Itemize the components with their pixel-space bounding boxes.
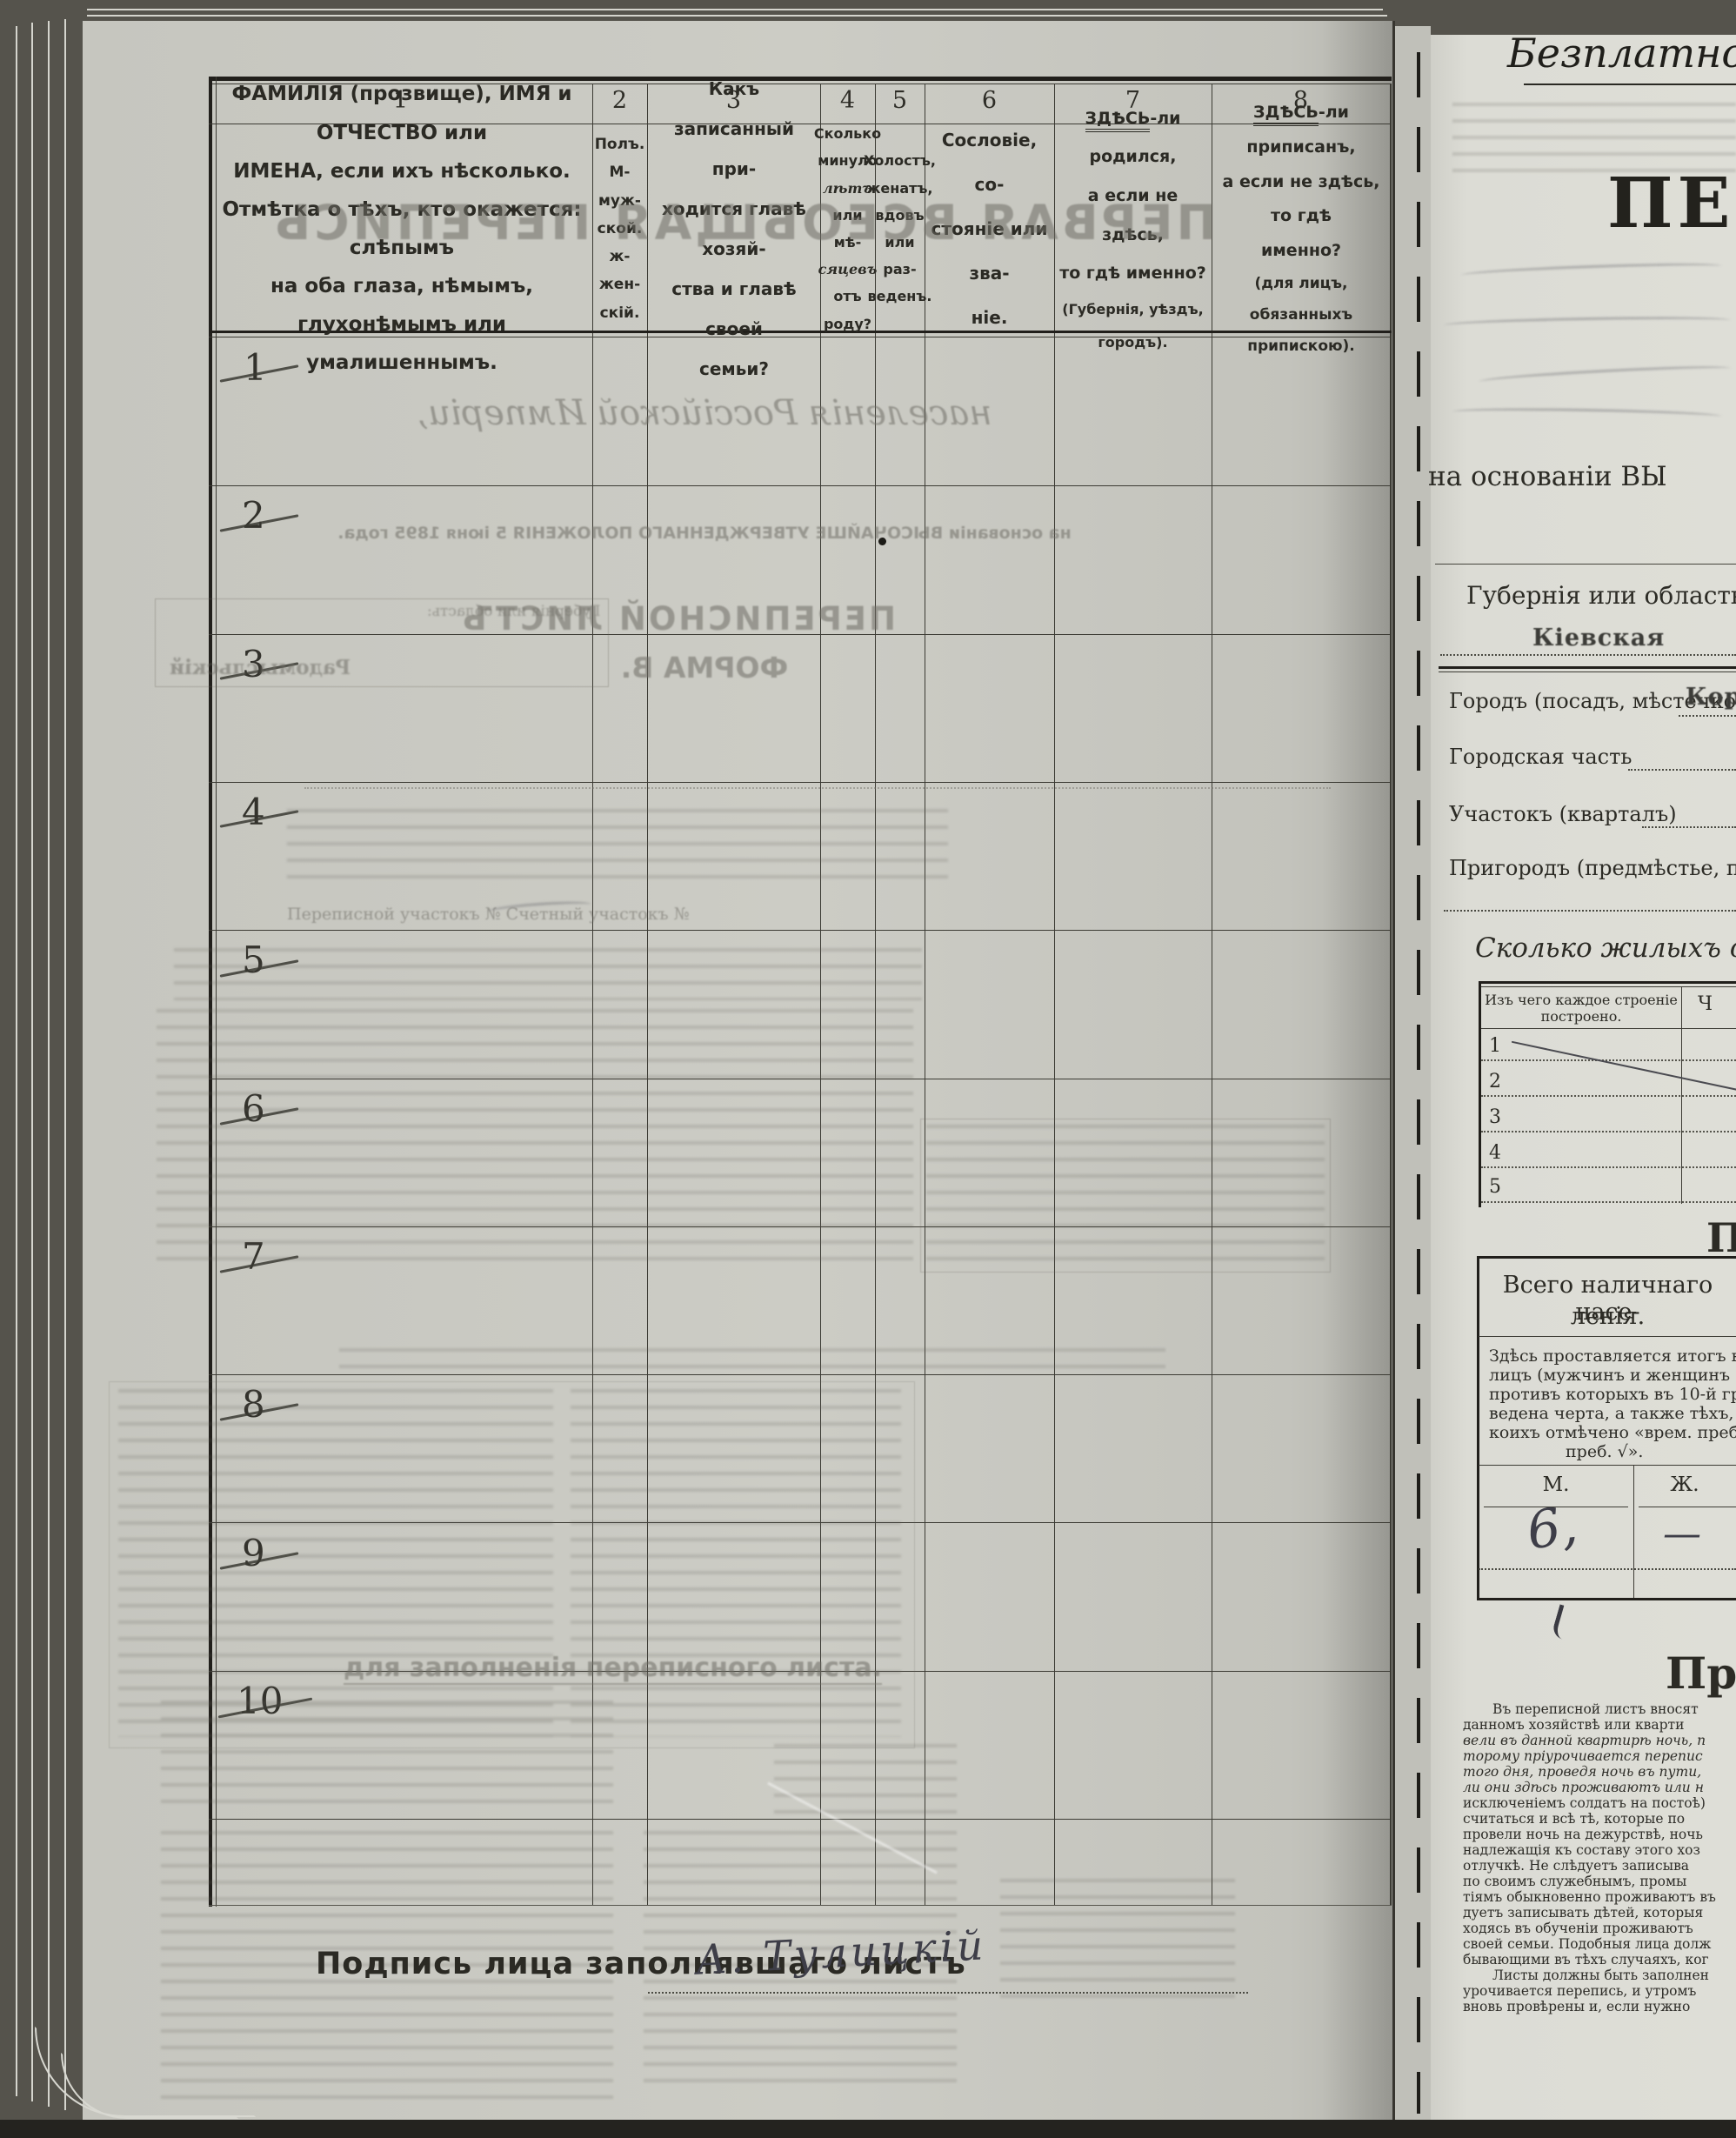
male-count-handwritten: 6, xyxy=(1523,1494,1580,1561)
col-line xyxy=(1054,84,1055,1905)
rules-line: надлежащія къ составу этого хоз xyxy=(1463,1842,1700,1858)
bleed-province-label: Губернія или область: xyxy=(427,603,601,620)
bleed-text-noise xyxy=(1000,1879,1235,2009)
pop-bottom xyxy=(1477,1598,1736,1600)
bleed-province-box: Губернія или область: Радомысльскій xyxy=(155,598,609,687)
bleed-uchastok-line: Переписной участокъ № Счетный участокъ № xyxy=(287,905,1070,924)
pop-note-line: ведена черта, а также тѣхъ, про xyxy=(1489,1404,1736,1423)
rules-line: торому пріурочивается перепис xyxy=(1463,1748,1703,1764)
page-edge-line xyxy=(16,26,17,2096)
gutter-fold xyxy=(1394,26,1431,2120)
stitch-line xyxy=(1417,52,1420,2114)
buildings-heading-fragment: Сколько жилыхъ строен xyxy=(1475,932,1736,964)
bleed-dotted-line xyxy=(304,787,1331,789)
female-column-label: Ж. xyxy=(1633,1473,1736,1496)
bt-col1-header: Изъ чего каждое строеніе построено. xyxy=(1484,992,1679,1025)
free-of-charge-label: Безплатно xyxy=(1507,30,1736,77)
rules-line: отлучкѣ. Не слѣдуетъ записыва xyxy=(1463,1858,1689,1874)
rules-line: Листы должны быть заполнен xyxy=(1492,1968,1709,1983)
census-scan: 1 2 3 4 5 6 7 8 ФАМИЛІЯ (прозвище), ИМЯ … xyxy=(0,0,1736,2138)
bleed-rules-heading: для заполненія переписного листа. xyxy=(344,1653,882,1685)
row-line xyxy=(209,1374,1392,1375)
rules-line: тіямъ обыкновенно проживаютъ въ xyxy=(1463,1889,1716,1905)
rules-line: вновь провѣрены и, если нужно xyxy=(1463,1999,1690,2014)
double-rule-top xyxy=(1439,666,1736,669)
row-line xyxy=(209,930,1392,931)
rules-line: бывающими въ тѣхъ случаяхъ, ког xyxy=(1463,1952,1709,1968)
suburb-label: Пригородъ (предмѣстье, пригор xyxy=(1449,856,1736,880)
bleed-text-noise xyxy=(174,948,922,1000)
bt-row-num: 4 xyxy=(1489,1142,1501,1164)
bt-top2 xyxy=(1479,986,1736,987)
section-rule xyxy=(1435,564,1736,565)
rules-line: ходясь въ обученіи проживаютъ xyxy=(1463,1921,1693,1936)
section-p-fragment: П xyxy=(1706,1214,1736,1261)
page-edge-line xyxy=(48,21,50,2107)
page-edge-line xyxy=(87,9,1383,10)
bleed-small-table xyxy=(920,1119,1331,1273)
bt-row-line xyxy=(1481,1201,1736,1203)
city-value-stamp: Кор xyxy=(1686,684,1736,711)
province-value-stamp: Кіевская xyxy=(1532,625,1665,651)
province-label: Губернія или область xyxy=(1466,581,1736,610)
row-line xyxy=(209,485,1392,486)
col-number-2: 2 xyxy=(592,87,647,114)
pop-note-line: лицъ (мужчинъ и женщинъ отдѣл xyxy=(1489,1366,1736,1385)
pop-note-line: противъ которыхъ въ 10-й графѣ xyxy=(1489,1385,1736,1404)
rules-line: Въ переписной листъ вносят xyxy=(1492,1701,1699,1717)
rules-line: дуетъ записывать дѣтей, которыя xyxy=(1463,1905,1703,1921)
row-number: 1 xyxy=(244,346,267,389)
bleed-census-title: ПЕРВАЯ ВСЕОБЩАЯ ПЕРЕПИСЬ xyxy=(217,195,1270,251)
city-leader xyxy=(1679,715,1736,717)
rules-line: того дня, проведя ночь въ пути, xyxy=(1463,1764,1701,1780)
bleed-text-noise xyxy=(774,1744,957,1822)
bleed-census-basis: на основаніи ВЫСОЧАЙШЕ УТВЕРЖДЕННАГО ПОЛ… xyxy=(261,524,1148,543)
rules-line: по своимъ служебнымъ, промы xyxy=(1463,1874,1686,1889)
city-part-label: Городская часть xyxy=(1449,745,1632,769)
bt-row-num: 3 xyxy=(1489,1106,1501,1128)
table-right-border xyxy=(1390,84,1392,1905)
pop-col-divider xyxy=(1633,1465,1634,1598)
col-number-4: 4 xyxy=(820,87,875,114)
pop-note-line: коихъ отмѣчено «врем. преб.» и « xyxy=(1489,1423,1736,1442)
rules-line: урочивается перепись, и утромъ xyxy=(1463,1983,1696,1999)
female-count-handwritten: — xyxy=(1663,1512,1701,1556)
pop-note-line: преб. √». xyxy=(1566,1442,1643,1461)
row-line xyxy=(209,782,1392,783)
bt-row-line xyxy=(1481,1166,1736,1168)
female-label-underline xyxy=(1639,1507,1736,1507)
rules-line: вели въ данной квартирѣ ночь, п xyxy=(1463,1733,1706,1748)
bt-row-num: 2 xyxy=(1489,1071,1501,1092)
scan-bottom-shadow xyxy=(0,2120,1736,2138)
col-line xyxy=(925,84,925,1905)
bt-row-line xyxy=(1481,1131,1736,1132)
male-column-label: М. xyxy=(1479,1473,1633,1496)
col-number-6: 6 xyxy=(925,87,1054,114)
rules-line: провели ночь на дежурствѣ, ночь xyxy=(1463,1827,1703,1842)
pop-dotted xyxy=(1479,1568,1736,1570)
bleed-heading-noise xyxy=(339,1348,1165,1371)
uchastok-label: Участокъ (кварталъ) xyxy=(1449,802,1677,826)
pop-rule1 xyxy=(1479,1336,1736,1337)
rules-line: своей семьи. Подобныя лица долж xyxy=(1463,1936,1711,1952)
zdes-underlined: ЗДѢСЬ xyxy=(1085,109,1151,132)
pop-top xyxy=(1477,1256,1736,1259)
bt-left xyxy=(1479,981,1481,1207)
rules-line: данномъ хозяйствѣ или кварти xyxy=(1463,1717,1684,1733)
suburb-leader xyxy=(1444,910,1736,912)
bleed-census-subtitle: населенія Россійской Имперіи, xyxy=(374,393,1035,433)
bleed-text-noise xyxy=(287,809,948,887)
bt-row-num: 5 xyxy=(1489,1176,1501,1198)
bleed-uyezd-value: Радомысльскій xyxy=(170,656,351,679)
bt-top xyxy=(1479,981,1736,984)
bt-row-num: 1 xyxy=(1489,1035,1501,1057)
bleed-text-noise xyxy=(157,1009,913,1270)
bleed-form-label: ФОРМА В. xyxy=(600,651,809,685)
left-sheet-edge xyxy=(1392,21,1395,2120)
uchastok-leader xyxy=(1642,826,1736,828)
col-number-5: 5 xyxy=(875,87,925,114)
census-title-fragment: ПЕРВ xyxy=(1607,162,1736,244)
page-edge-line xyxy=(31,23,33,2101)
bt-row-line xyxy=(1481,1095,1736,1097)
pop-note-line: Здѣсь проставляется итогъ всѣхъ xyxy=(1489,1346,1736,1366)
province-leader xyxy=(1440,654,1736,656)
pop-rule2 xyxy=(1479,1465,1736,1466)
double-rule-bottom xyxy=(1439,671,1736,672)
col-line xyxy=(1212,84,1212,1905)
bleed-text-noise xyxy=(161,1700,613,1814)
city-part-leader xyxy=(1628,769,1736,771)
bleed-two-col-table xyxy=(109,1381,915,1748)
rules-line: считаться и всѣ тѣ, которые по xyxy=(1463,1811,1685,1827)
rules-heading-fragment: Пра xyxy=(1666,1647,1736,1699)
bt-col2-header-fragment: Ч xyxy=(1698,993,1713,1015)
zdes-underlined: ЗДѢСЬ xyxy=(1253,103,1319,126)
page-edge-line xyxy=(87,15,1387,17)
free-label-underline xyxy=(1524,84,1736,85)
signature-leader xyxy=(648,1992,1248,1994)
row-number: 4 xyxy=(242,791,265,833)
basis-line-fragment: на основаніи ВЫ xyxy=(1428,461,1667,492)
rules-line: исключеніемъ солдатъ на постоѣ) xyxy=(1463,1795,1706,1811)
bt-header-line xyxy=(1481,1028,1736,1029)
rules-line: ли они здѣсь проживаютъ или н xyxy=(1463,1780,1704,1795)
pop-title-l2: ленія. xyxy=(1479,1303,1736,1330)
page-edge-line xyxy=(64,19,66,2110)
